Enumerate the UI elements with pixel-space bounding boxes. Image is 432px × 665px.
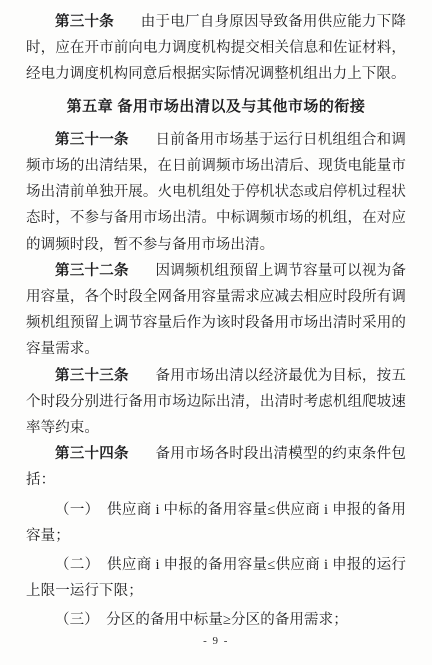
chapter-5-heading: 第五章 备用市场出清以及与其他市场的衔接 (26, 94, 406, 120)
article-30-paragraph: 第三十条由于电厂自身原因导致备用供应能力下降时，应在开市前向电力调度机构提交相关… (26, 9, 406, 88)
article-33-number: 第三十三条 (55, 368, 129, 384)
article-30-number: 第三十条 (55, 14, 114, 30)
page-number: - 9 - (0, 635, 432, 647)
article-32-paragraph: 第三十二条因调频机组预留上调节容量可以视为备用容量，各个时段全网备用容量需求应减… (26, 258, 406, 363)
constraint-item-2: （二） 供应商 i 申报的备用容量≤供应商 i 申报的运行上限一运行下限； (26, 552, 406, 604)
article-31-paragraph: 第三十一条日前备用市场基于运行日机组组合和调频市场的出清结果，在日前调频市场出清… (26, 127, 406, 258)
document-page: 第三十条由于电厂自身原因导致备用供应能力下降时，应在开市前向电力调度机构提交相关… (0, 0, 432, 665)
constraint-item-3: （三） 分区的备用中标量≥分区的备用需求； (26, 607, 406, 633)
article-32-number: 第三十二条 (55, 263, 129, 279)
article-31-text: 日前备用市场基于运行日机组组合和调频市场的出清结果，在日前调频市场出清后、现货电… (26, 132, 406, 253)
article-33-paragraph: 第三十三条备用市场出清以经济最优为目标，按五个时段分别进行备用市场边际出清，出清… (26, 363, 406, 442)
article-31-number: 第三十一条 (55, 132, 129, 148)
article-34-paragraph: 第三十四条备用市场各时段出清模型的约束条件包括： (26, 441, 406, 493)
constraint-item-1: （一） 供应商 i 中标的备用容量≤供应商 i 申报的备用容量； (26, 497, 406, 549)
article-34-number: 第三十四条 (55, 446, 129, 462)
